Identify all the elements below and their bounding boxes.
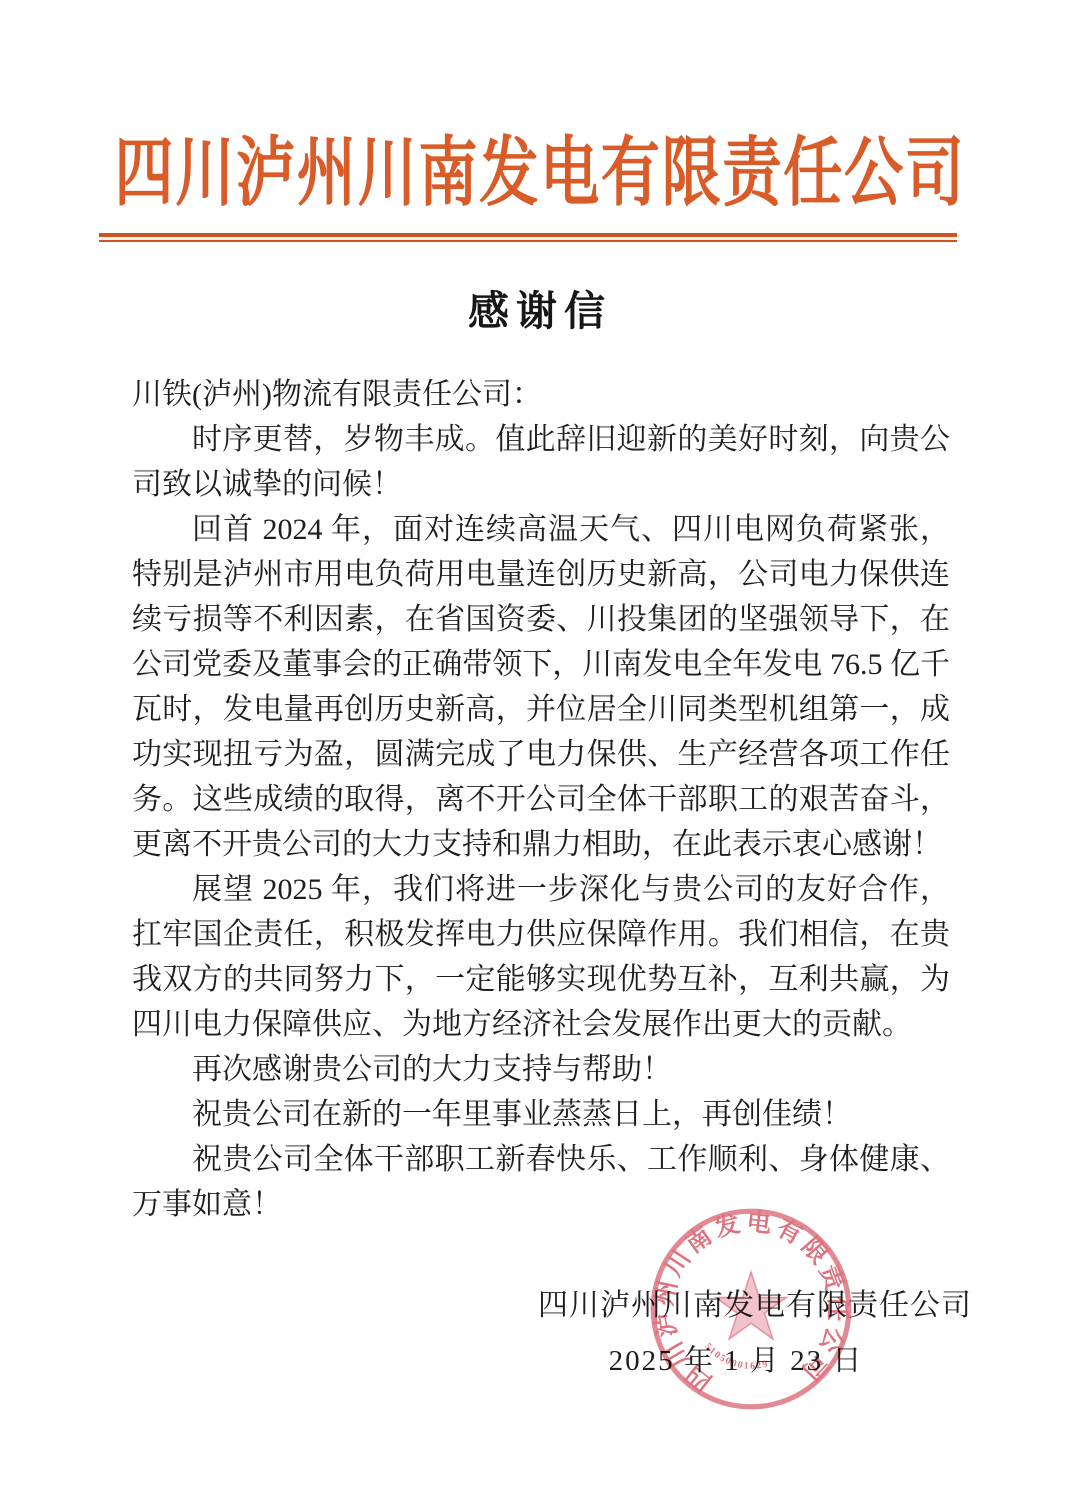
closing-block: 四川泸州川南发电有限责任公司 2025 年 1 月 23 日	[538, 1280, 934, 1379]
paragraph-wish-staff: 祝贵公司全体干部职工新春快乐、工作顺利、身体健康、万事如意！	[132, 1137, 950, 1227]
salutation: 川铁(泸州)物流有限责任公司：	[132, 372, 950, 417]
letter-body: 川铁(泸州)物流有限责任公司： 时序更替，岁物丰成。值此辞旧迎新的美好时刻，向贵…	[132, 372, 950, 1227]
paragraph-outlook-2025: 展望 2025 年，我们将进一步深化与贵公司的友好合作，扛牢国企责任，积极发挥电…	[132, 867, 950, 1047]
paragraph-greeting: 时序更替，岁物丰成。值此辞旧迎新的美好时刻，向贵公司致以诚挚的问候！	[132, 417, 950, 507]
letter-title: 感谢信	[0, 278, 1080, 337]
paragraph-review-2024: 回首 2024 年，面对连续高温天气、四川电网负荷紧张，特别是泸州市用电负荷用电…	[132, 507, 950, 867]
letterhead-company: 四川泸州川南发电有限责任公司	[108, 123, 972, 225]
letter-page: 四川泸州川南发电有限责任公司 感谢信 川铁(泸州)物流有限责任公司： 时序更替，…	[0, 0, 1080, 1486]
paragraph-wish-business: 祝贵公司在新的一年里事业蒸蒸日上，再创佳绩！	[132, 1092, 950, 1137]
signature-date: 2025 年 1 月 23 日	[538, 1338, 934, 1379]
signature-company: 四川泸州川南发电有限责任公司	[538, 1280, 934, 1324]
paragraph-thanks: 再次感谢贵公司的大力支持与帮助！	[132, 1047, 950, 1092]
letterhead-divider	[99, 233, 957, 242]
